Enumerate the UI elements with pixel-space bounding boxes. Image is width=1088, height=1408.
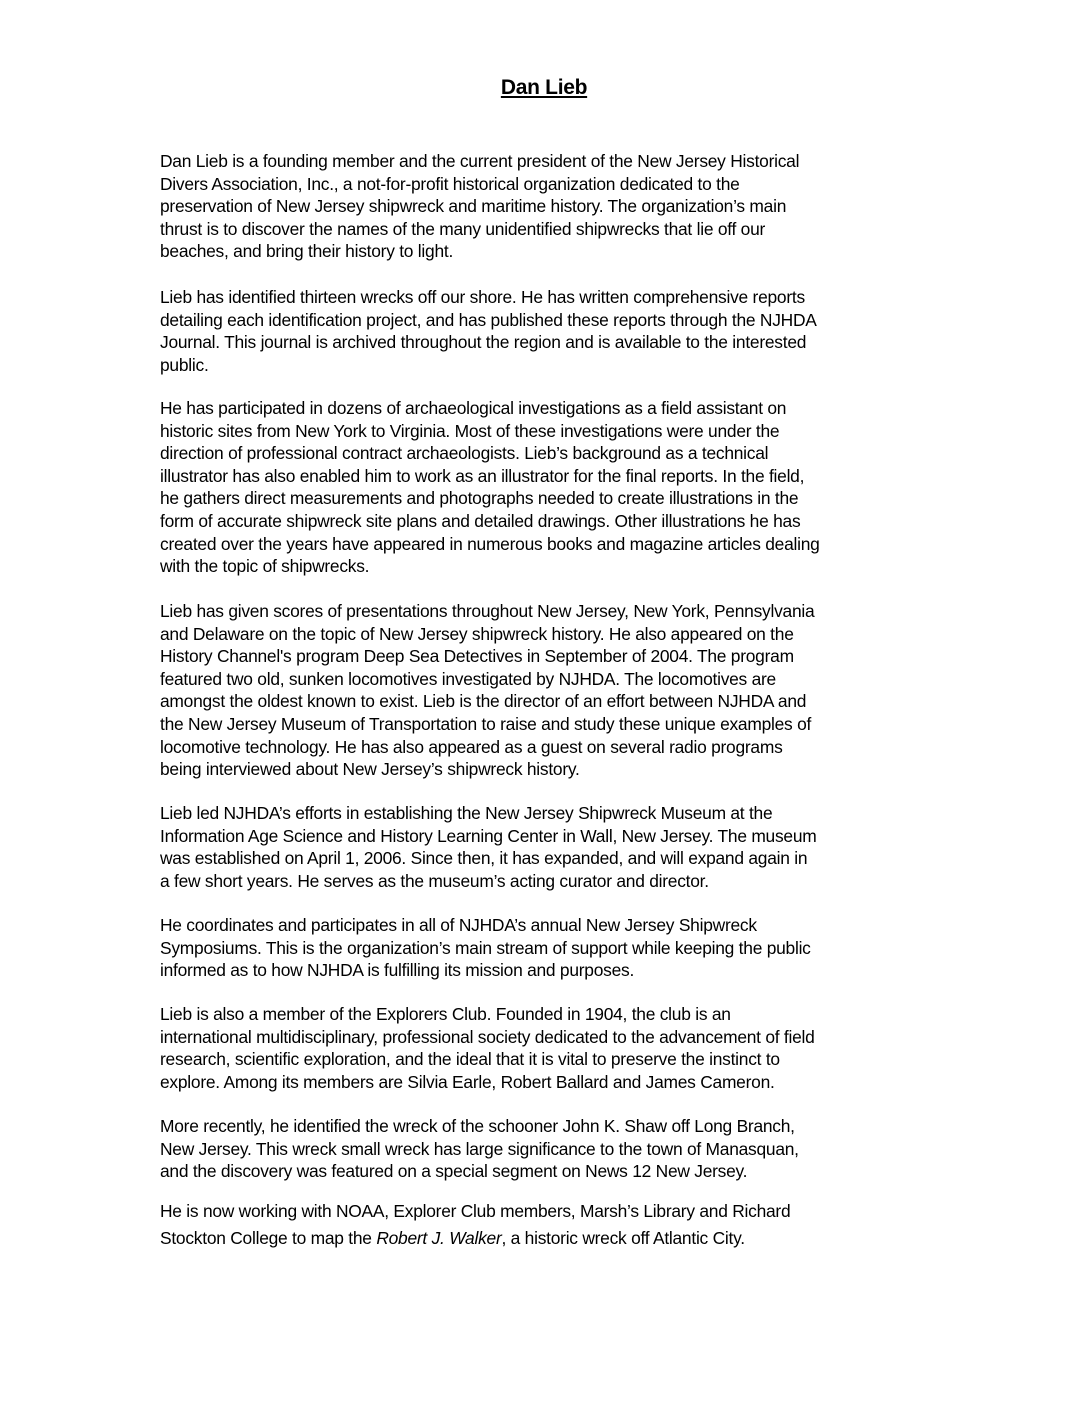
text-line: He has participated in dozens of archaeo…	[160, 397, 940, 420]
text-line: Symposiums. This is the organization’s m…	[160, 937, 940, 960]
paragraph-explorers-club: Lieb is also a member of the Explorers C…	[160, 1003, 940, 1093]
paragraph-john-k-shaw: More recently, he identified the wreck o…	[160, 1115, 940, 1183]
paragraph-identified-wrecks: Lieb has identified thirteen wrecks off …	[160, 286, 940, 376]
text-line: with the topic of shipwrecks.	[160, 555, 940, 578]
page-title: Dan Lieb	[0, 76, 1088, 100]
text-line: Information Age Science and History Lear…	[160, 825, 940, 848]
text-line: explore. Among its members are Silvia Ea…	[160, 1071, 940, 1094]
text-line: historic sites from New York to Virginia…	[160, 420, 940, 443]
text-segment: Stockton College to map the	[160, 1228, 376, 1248]
text-line: History Channel's program Deep Sea Detec…	[160, 645, 940, 668]
text-line: He is now working with NOAA, Explorer Cl…	[160, 1198, 940, 1225]
text-line: was established on April 1, 2006. Since …	[160, 847, 940, 870]
paragraph-presentations: Lieb has given scores of presentations t…	[160, 600, 940, 781]
text-line: and the discovery was featured on a spec…	[160, 1160, 940, 1183]
text-line: a few short years. He serves as the muse…	[160, 870, 940, 893]
text-line: direction of professional contract archa…	[160, 442, 940, 465]
text-segment: , a historic wreck off Atlantic City.	[502, 1228, 745, 1248]
text-line: amongst the oldest known to exist. Lieb …	[160, 690, 940, 713]
text-line: the New Jersey Museum of Transportation …	[160, 713, 940, 736]
text-line: He coordinates and participates in all o…	[160, 914, 940, 937]
text-line: informed as to how NJHDA is fulfilling i…	[160, 959, 940, 982]
text-line: Lieb has identified thirteen wrecks off …	[160, 286, 940, 309]
text-line: he gathers direct measurements and photo…	[160, 487, 940, 510]
paragraph-current-work: He is now working with NOAA, Explorer Cl…	[160, 1198, 940, 1252]
ship-name-italic: Robert J. Walker	[376, 1228, 501, 1248]
text-line: preservation of New Jersey shipwreck and…	[160, 195, 940, 218]
text-line: More recently, he identified the wreck o…	[160, 1115, 940, 1138]
paragraph-museum: Lieb led NJHDA’s efforts in establishing…	[160, 802, 940, 892]
text-line: Journal. This journal is archived throug…	[160, 331, 940, 354]
text-line: illustrator has also enabled him to work…	[160, 465, 940, 488]
text-line: beaches, and bring their history to ligh…	[160, 240, 940, 263]
paragraph-archaeology: He has participated in dozens of archaeo…	[160, 397, 940, 578]
text-line-with-italic: Stockton College to map the Robert J. Wa…	[160, 1225, 940, 1252]
text-line: form of accurate shipwreck site plans an…	[160, 510, 940, 533]
text-line: featured two old, sunken locomotives inv…	[160, 668, 940, 691]
text-line: Dan Lieb is a founding member and the cu…	[160, 150, 940, 173]
text-line: public.	[160, 354, 940, 377]
text-line: thrust is to discover the names of the m…	[160, 218, 940, 241]
text-line: created over the years have appeared in …	[160, 533, 940, 556]
text-line: New Jersey. This wreck small wreck has l…	[160, 1138, 940, 1161]
text-line: and Delaware on the topic of New Jersey …	[160, 623, 940, 646]
text-line: research, scientific exploration, and th…	[160, 1048, 940, 1071]
text-line: international multidisciplinary, profess…	[160, 1026, 940, 1049]
text-line: Lieb led NJHDA’s efforts in establishing…	[160, 802, 940, 825]
text-line: Lieb is also a member of the Explorers C…	[160, 1003, 940, 1026]
text-line: locomotive technology. He has also appea…	[160, 736, 940, 759]
text-line: detailing each identification project, a…	[160, 309, 940, 332]
text-line: Divers Association, Inc., a not-for-prof…	[160, 173, 940, 196]
text-line: being interviewed about New Jersey’s shi…	[160, 758, 940, 781]
paragraph-symposiums: He coordinates and participates in all o…	[160, 914, 940, 982]
paragraph-founding: Dan Lieb is a founding member and the cu…	[160, 150, 940, 263]
text-line: Lieb has given scores of presentations t…	[160, 600, 940, 623]
document-page: Dan Lieb Dan Lieb is a founding member a…	[0, 0, 1088, 1408]
